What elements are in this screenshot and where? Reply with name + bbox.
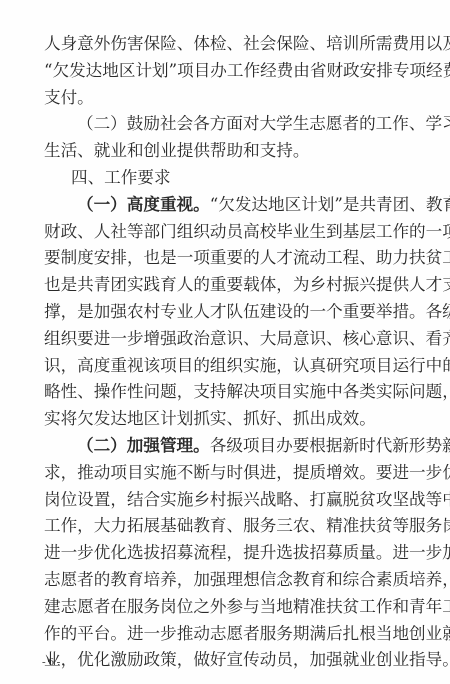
subsection-title: （一）高度重视。 (77, 195, 210, 214)
text-line: 撑，是加强农村专业人才队伍建设的一个重要举措。各级团 (44, 299, 416, 326)
text-line: 人身意外伤害保险、体检、社会保险、培训所需费用以及省 (44, 31, 416, 58)
subsection-strengthen-management: （二）加强管理。各级项目办要根据新时代新形势新要 (44, 433, 416, 460)
text-line: 作的平台。进一步推动志愿者服务期满后扎根当地创业就 (44, 621, 416, 648)
subsection-attach-importance: （一）高度重视。“欠发达地区计划”是共青团、教育、 (44, 192, 416, 219)
text-line: 财政、人社等部门组织动员高校毕业生到基层工作的一项重 (44, 219, 416, 246)
section-heading-work-requirements: 四、工作要求 (44, 165, 416, 192)
subsection-two-intro: （二）鼓励社会各方面对大学生志愿者的工作、学习、 (44, 111, 416, 138)
text-line: 岗位设置，结合实施乡村振兴战略、打赢脱贫攻坚战等中心 (44, 487, 416, 514)
document-page: 人身意外伤害保险、体检、社会保险、培训所需费用以及省 “欠发达地区计划”项目办工… (0, 0, 450, 684)
text-line: 支付。 (44, 85, 416, 112)
page-number: - 6 - (42, 656, 60, 668)
subsection-text: 各级项目办要根据新时代新形势新要 (210, 436, 450, 455)
text-line: 识，高度重视该项目的组织实施，认真研究项目运行中的战 (44, 353, 416, 380)
text-line: 工作，大力拓展基础教育、服务三农、精准扶贫等服务岗位。 (44, 513, 416, 540)
text-line: 生活、就业和创业提供帮助和支持。 (44, 138, 416, 165)
document-body: 人身意外伤害保险、体检、社会保险、培训所需费用以及省 “欠发达地区计划”项目办工… (44, 31, 416, 674)
text-line: 业，优化激励政策，做好宣传动员，加强就业创业指导。各 (44, 647, 416, 674)
subsection-title: （二）加强管理。 (77, 436, 210, 455)
text-line: 志愿者的教育培养，加强理想信念教育和综合素质培养，搭 (44, 567, 416, 594)
text-line: 进一步优化选拔招募流程，提升选拔招募质量。进一步加强 (44, 540, 416, 567)
text-line: 求，推动项目实施不断与时俱进，提质增效。要进一步优化 (44, 460, 416, 487)
text-line: 建志愿者在服务岗位之外参与当地精准扶贫工作和青年工 (44, 594, 416, 621)
text-line: “欠发达地区计划”项目办工作经费由省财政安排专项经费 (44, 58, 416, 85)
subsection-text: “欠发达地区计划”是共青团、教育、 (210, 195, 450, 214)
text-line: 实将欠发达地区计划抓实、抓好、抓出成效。 (44, 406, 416, 433)
text-line: 组织要进一步增强政治意识、大局意识、核心意识、看齐意 (44, 326, 416, 353)
text-line: 略性、操作性问题，支持解决项目实施中各类实际问题，切 (44, 379, 416, 406)
text-line: 要制度安排，也是一项重要的人才流动工程、助力扶贫工程， (44, 245, 416, 272)
text-line: 也是共青团实践育人的重要载体，为乡村振兴提供人才支 (44, 272, 416, 299)
